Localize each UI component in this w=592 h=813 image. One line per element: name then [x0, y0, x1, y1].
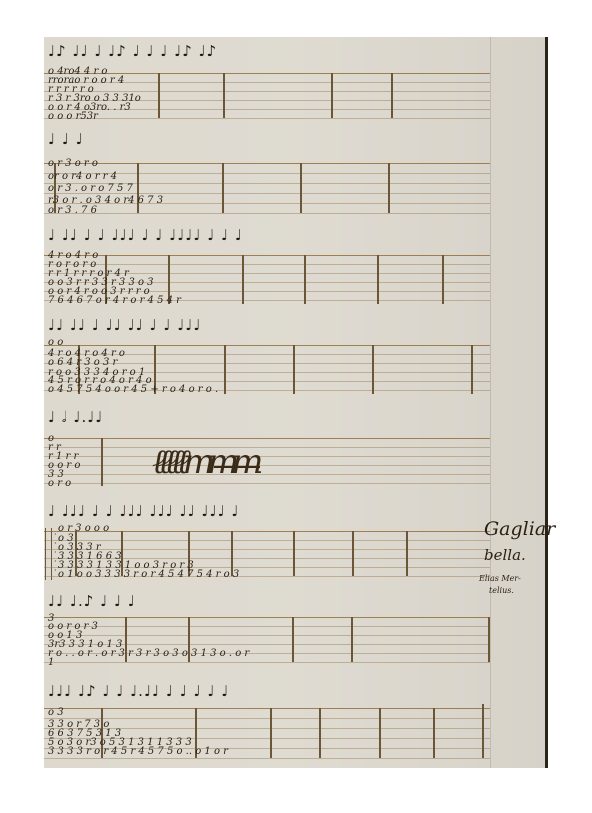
tablature-system-5: ♩ 𝅗𝅥 ♩.♩♩ o r r r 1 r r o o r o 3 3 o r …: [44, 408, 490, 492]
barline: [242, 255, 244, 304]
tablature-system-6: ♩ ♩♩♩ ♩ ♩ ♩♩♩ ♩♩♩ ♩♩ ♩♩♩ ♩ ····· o r 3 o…: [44, 498, 490, 582]
rhythm-flags: ♩♩ ♩.♪ ♩ ♩ ♩: [48, 594, 136, 609]
staff-line: [44, 438, 490, 439]
rhythm-flags: ♩ 𝅗𝅥 ♩.♩♩: [48, 410, 103, 425]
barline: [372, 345, 374, 394]
staff-line: [44, 635, 490, 636]
barline: [391, 73, 393, 118]
final-barline: [482, 704, 484, 758]
barline: [224, 345, 226, 394]
staff-line: [44, 626, 490, 627]
composer-name-line2: telius.: [489, 586, 514, 595]
tab-course-6: 7 6 4 6 7 o r 4 r o r 4 5 4 r: [48, 296, 181, 306]
barline: [300, 163, 302, 213]
page-binding-edge: [545, 37, 548, 768]
tab-course-2: or o r4 o r r 4: [48, 172, 117, 182]
barline: [331, 73, 333, 118]
rhythm-flags: ♩ ♩♩ ♩ ♩ ♩♩♩ ♩ ♩ ♩♩♩♩ ♩ ♩ ♩: [48, 228, 243, 243]
tab-course-6: o o o r53r: [48, 112, 98, 122]
tab-course-6: o r o: [48, 479, 71, 489]
barline: [223, 73, 225, 118]
barline: [379, 708, 381, 758]
tab-course-5: r o . . o r . o r 3 r 3 r 3 o 3 o 3 1 3 …: [48, 649, 249, 659]
staff-line: [44, 708, 490, 709]
tablature-system-8: ♩♩♩ ♩♪ ♩ ♩ ♩.♩♩ ♩ ♩ ♩ ♩ ♩ o 3 3 3 o r 7 …: [44, 682, 490, 766]
barline: [352, 531, 354, 576]
tablature-system-1: ♩♪ ♩♩ ♩ ♩♪ ♩ ♩ ♩ ♩♪ ♩♪ o 4ro4 4 r o rror…: [44, 44, 490, 124]
flourish-tail: [214, 466, 260, 468]
staff-line: [44, 540, 490, 541]
piece-title-line1: Gagliar: [484, 518, 555, 540]
staff-line: [44, 73, 490, 74]
staff-line: [44, 662, 490, 663]
tablature-system-2: ♩ ♩ ♩ o r 3 o r o or o r4 o r r 4 o r 3 …: [44, 132, 490, 220]
barline: [433, 708, 435, 758]
staff-line: [44, 718, 490, 719]
staff-line: [44, 465, 490, 466]
tablature-system-4: ♩♩ ♩♩ ♩ ♩♩ ♩♩ ♩ ♩ ♩♩♩ o o 4 r o 4 r o 4 …: [44, 318, 490, 402]
staff-line: [44, 549, 490, 550]
barline: [222, 163, 224, 213]
barline: [351, 617, 353, 662]
tab-course-1: o o: [48, 338, 63, 348]
barline: [442, 255, 444, 304]
page-margin-rule: [490, 37, 491, 768]
barline: [158, 73, 160, 118]
barline: [388, 163, 390, 213]
staff-line: [44, 264, 490, 265]
staff-line: [44, 213, 490, 214]
staff-line: [44, 483, 490, 484]
rhythm-flags: ♩♩♩ ♩♪ ♩ ♩ ♩.♩♩ ♩ ♩ ♩ ♩ ♩: [48, 684, 229, 699]
tab-course-3: o r 3 . o r o 7 5 7: [48, 184, 133, 194]
barline: [292, 617, 294, 662]
composer-name-line1: Elias Mer-: [479, 574, 521, 583]
staff-line: [44, 531, 490, 532]
staff-line: [44, 345, 490, 346]
staff-line: [44, 91, 490, 92]
staff-line: [44, 758, 490, 759]
staff-line: [44, 447, 490, 448]
barline: [377, 255, 379, 304]
barline: [101, 438, 103, 486]
barline: [304, 255, 306, 304]
staff-line: [44, 474, 490, 475]
staff-line: [44, 118, 490, 119]
rhythm-flags: ♩♪ ♩♩ ♩ ♩♪ ♩ ♩ ♩ ♩♪ ♩♪: [48, 44, 217, 59]
barline: [406, 531, 408, 576]
rhythm-flags: ♩♩ ♩♩ ♩ ♩♩ ♩♩ ♩ ♩ ♩♩♩: [48, 318, 201, 333]
barline: [293, 345, 295, 394]
tablature-system-7: ♩♩ ♩.♪ ♩ ♩ ♩ 3 o o r o r 3 o o 1 3: [44, 590, 490, 674]
tab-course-6: o 1 o o 3 3 3 3 r o r 4 5 4 7 5 4 r o 3: [58, 570, 239, 580]
barline: [319, 708, 321, 758]
barline: [270, 708, 272, 758]
tab-course-1: o r 3 o r o: [48, 159, 98, 169]
rhythm-flags: ♩ ♩♩♩ ♩ ♩ ♩♩♩ ♩♩♩ ♩♩ ♩♩♩ ♩: [48, 504, 240, 519]
final-flourish-ornament: ℓℓℓℓℓmmm: [152, 442, 256, 482]
barline: [471, 345, 473, 394]
piece-title-line2: bella.: [484, 546, 526, 564]
staff-line: [44, 456, 490, 457]
tab-course-6: 1: [48, 658, 54, 668]
barline: [293, 531, 295, 576]
tab-course-5: 3 3 3 3 r o r 4 5 r 4 5 7 5 o .. o 1 o r: [48, 747, 228, 757]
final-barline: [488, 617, 490, 662]
staff-line: [44, 163, 490, 164]
rhythm-flags: ♩ ♩ ♩: [48, 132, 84, 147]
staff-line: [44, 617, 490, 618]
tab-course-5: o r 3 . 7 6: [48, 206, 97, 216]
tab-course-6: o 4 5 7 5 4 o o r 4 5 + r o 4 o r o .: [48, 385, 218, 395]
tablature-system-3: ♩ ♩♩ ♩ ♩ ♩♩♩ ♩ ♩ ♩♩♩♩ ♩ ♩ ♩ 4 r o 4 r o …: [44, 228, 490, 312]
opening-repeat-barline: [45, 528, 52, 580]
staff-line: [44, 255, 490, 256]
tab-course-1: o 3: [48, 708, 64, 718]
